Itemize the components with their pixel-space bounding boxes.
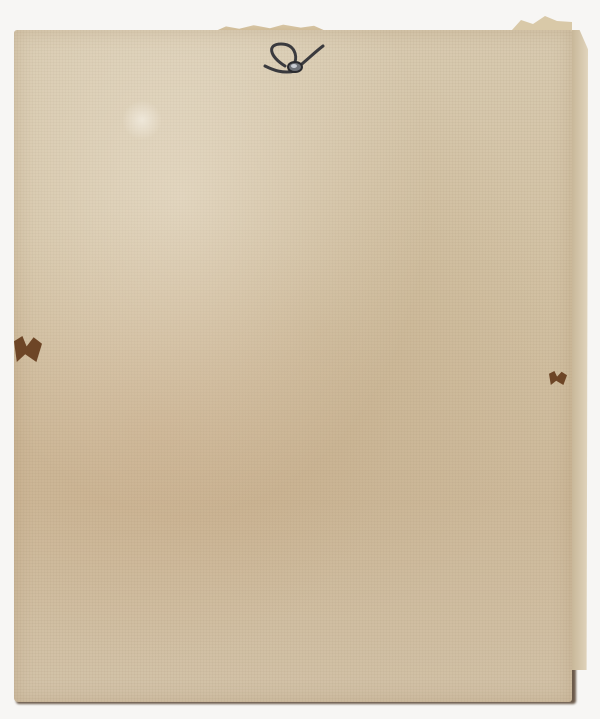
wire-hanger-icon xyxy=(255,38,330,83)
linen-panel-back xyxy=(14,30,572,702)
photo-scene xyxy=(0,0,600,719)
worn-spot xyxy=(122,100,162,140)
